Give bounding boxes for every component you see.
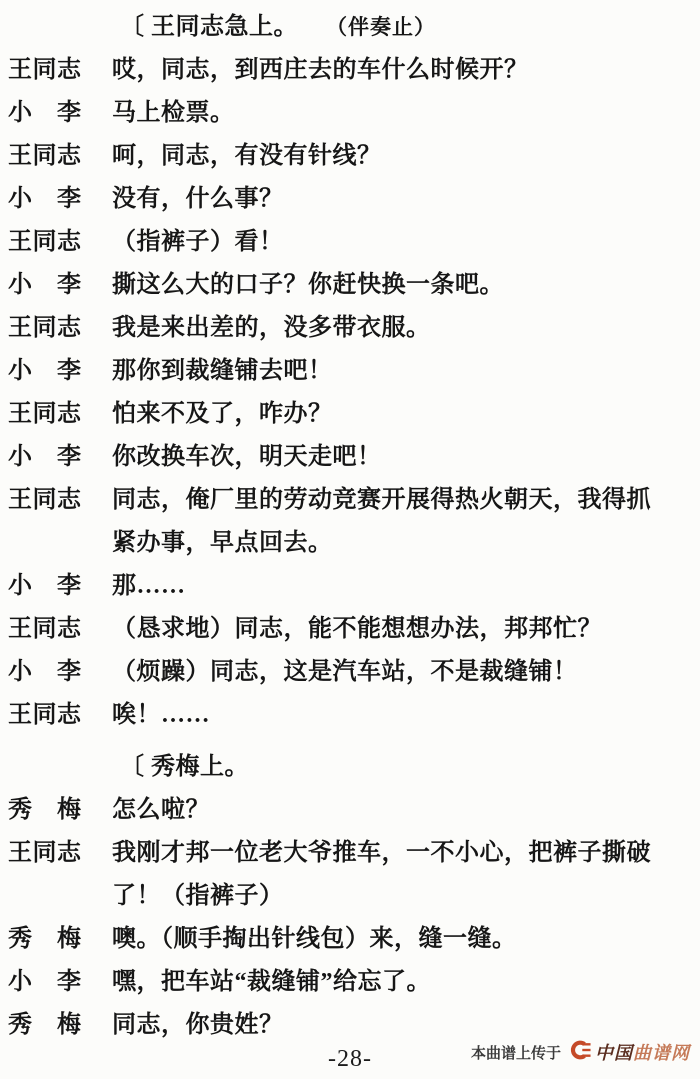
dialogue-line: 小 李 马上检票。 <box>8 92 694 135</box>
speaker-name: 小 李 <box>8 565 86 608</box>
dialogue-text: （烦躁）同志，这是汽车站，不是裁缝铺！ <box>112 651 694 694</box>
dialogue-text: 噢。（顺手掏出针线包）来，缝一缝。 <box>112 918 694 961</box>
speaker-name: 小 李 <box>8 350 86 393</box>
dialogue-line: 王同志 呵，同志，有没有针线？ <box>8 135 694 178</box>
dialogue-line: 秀 梅 怎么啦？ <box>8 789 694 832</box>
cqp-logo-icon <box>569 1040 591 1065</box>
dialogue-text: 同志，俺厂里的劳动竞赛开展得热火朝天，我得抓 紧办事，早点回去。 <box>112 479 694 565</box>
dialogue-line: 王同志 唉！…… <box>8 694 694 737</box>
stage-direction: 〔 王同志急上。 （伴奏止） <box>8 6 694 49</box>
dialogue-line: 王同志 （指裤子）看！ <box>8 221 694 264</box>
dialogue-line: 小 李 嘿，把车站“裁缝铺”给忘了。 <box>8 961 694 1004</box>
dialogue-line: 王同志 怕来不及了，咋办？ <box>8 393 694 436</box>
script-content: 〔 王同志急上。 （伴奏止） 王同志 哎，同志，到西庄去的车什么时候开？ 小 李… <box>0 0 700 1047</box>
speaker-name: 王同志 <box>8 221 86 264</box>
watermark-site-light: 曲谱网 <box>633 1043 690 1063</box>
dialogue-line: 小 李 那…… <box>8 565 694 608</box>
dialogue-text: 呵，同志，有没有针线？ <box>112 135 694 178</box>
watermark-prefix: 本曲谱上传于 <box>471 1042 561 1063</box>
dialogue-line: 小 李 （烦躁）同志，这是汽车站，不是裁缝铺！ <box>8 651 694 694</box>
dialogue-text: 怕来不及了，咋办？ <box>112 393 694 436</box>
dialogue-line: 王同志 同志，俺厂里的劳动竞赛开展得热火朝天，我得抓 紧办事，早点回去。 <box>8 479 694 565</box>
dialogue-text: 哎，同志，到西庄去的车什么时候开？ <box>112 49 694 92</box>
speaker-name: 秀 梅 <box>8 1004 86 1047</box>
stage-direction: 〔 秀梅上。 <box>8 746 694 789</box>
dialogue-text: 嘿，把车站“裁缝铺”给忘了。 <box>112 961 694 1004</box>
dialogue-text: 唉！…… <box>112 694 694 737</box>
speaker-name: 小 李 <box>8 651 86 694</box>
speaker-name: 王同志 <box>8 479 86 522</box>
watermark: 本曲谱上传于 中国曲谱网 <box>471 1039 690 1065</box>
dialogue-text: 我刚才邦一位老大爷推车，一不小心，把裤子撕破 了！（指裤子） <box>112 832 694 918</box>
speaker-name: 秀 梅 <box>8 918 86 961</box>
watermark-site-bold: 中国 <box>595 1043 633 1063</box>
speaker-name: 王同志 <box>8 832 86 875</box>
dialogue-line: 小 李 撕这么大的口子？你赶快换一条吧。 <box>8 264 694 307</box>
speaker-name: 王同志 <box>8 49 86 92</box>
speaker-name: 王同志 <box>8 307 86 350</box>
speaker-name: 秀 梅 <box>8 789 86 832</box>
dialogue-text: 马上检票。 <box>112 92 694 135</box>
dialogue-line: 王同志 （恳求地）同志，能不能想想办法，邦邦忙？ <box>8 608 694 651</box>
dialogue-text: 撕这么大的口子？你赶快换一条吧。 <box>112 264 694 307</box>
speaker-name: 王同志 <box>8 393 86 436</box>
speaker-name: 小 李 <box>8 178 86 221</box>
document-page: 〔 王同志急上。 （伴奏止） 王同志 哎，同志，到西庄去的车什么时候开？ 小 李… <box>0 0 700 1079</box>
dialogue-text: （指裤子）看！ <box>112 221 694 264</box>
dialogue-line: 小 李 你改换车次，明天走吧！ <box>8 436 694 479</box>
dialogue-text: 我是来出差的，没多带衣服。 <box>112 307 694 350</box>
speaker-name: 小 李 <box>8 264 86 307</box>
speaker-name: 小 李 <box>8 436 86 479</box>
dialogue-text: 那…… <box>112 565 694 608</box>
dialogue-line: 王同志 我刚才邦一位老大爷推车，一不小心，把裤子撕破 了！（指裤子） <box>8 832 694 918</box>
dialogue-line: 王同志 哎，同志，到西庄去的车什么时候开？ <box>8 49 694 92</box>
dialogue-text: 怎么啦？ <box>112 789 694 832</box>
speaker-name: 小 李 <box>8 92 86 135</box>
dialogue-text: 你改换车次，明天走吧！ <box>112 436 694 479</box>
dialogue-line: 小 李 没有，什么事？ <box>8 178 694 221</box>
dialogue-text: （恳求地）同志，能不能想想办法，邦邦忙？ <box>112 608 694 651</box>
dialogue-text: 没有，什么事？ <box>112 178 694 221</box>
speaker-name: 王同志 <box>8 694 86 737</box>
dialogue-line: 秀 梅 噢。（顺手掏出针线包）来，缝一缝。 <box>8 918 694 961</box>
watermark-site-name: 中国曲谱网 <box>595 1039 690 1065</box>
dialogue-text: 那你到裁缝铺去吧！ <box>112 350 694 393</box>
stage-text: 〔 秀梅上。 <box>120 746 249 789</box>
stage-note: （伴奏止） <box>326 6 436 49</box>
speaker-name: 小 李 <box>8 961 86 1004</box>
speaker-name: 王同志 <box>8 608 86 651</box>
speaker-name: 王同志 <box>8 135 86 178</box>
stage-text: 〔 王同志急上。 <box>120 6 298 49</box>
dialogue-line: 小 李 那你到裁缝铺去吧！ <box>8 350 694 393</box>
dialogue-line: 王同志 我是来出差的，没多带衣服。 <box>8 307 694 350</box>
